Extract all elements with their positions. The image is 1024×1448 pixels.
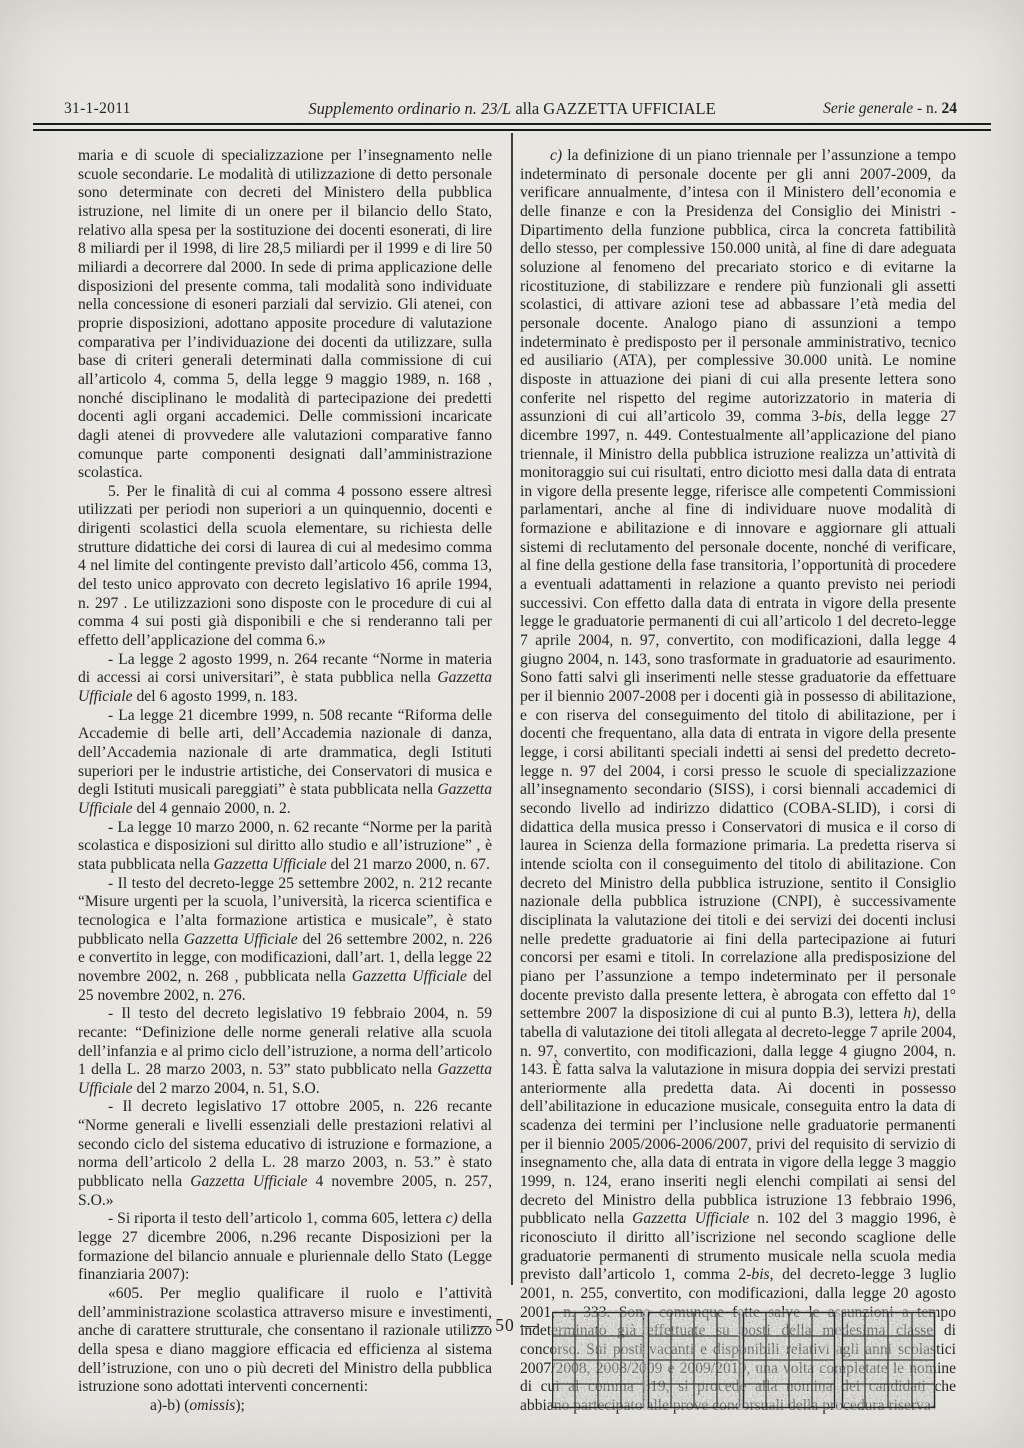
- text-segment: del 4 gennaio 2000, n. 2.: [133, 800, 291, 817]
- paragraph: - La legge 21 dicembre 1999, n. 508 reca…: [78, 707, 492, 819]
- text-segment: 5. Per le finalità di cui al comma 4 pos…: [78, 483, 492, 649]
- paragraph: - La legge 10 marzo 2000, n. 62 recante …: [78, 819, 492, 875]
- scan-noise-block: [743, 1312, 835, 1408]
- text-segment: , della tabella di valutazione dei titol…: [520, 1005, 956, 1227]
- text-segment: del 6 agosto 1999, n. 183.: [133, 688, 298, 705]
- text-segment: Serie generale: [823, 100, 913, 117]
- column-divider-rule: [511, 133, 513, 1285]
- text-segment: Gazzetta Ufficiale: [190, 1173, 307, 1190]
- text-segment: h): [903, 1005, 916, 1022]
- text-segment: c): [446, 1210, 458, 1227]
- text-segment: - n.: [913, 100, 941, 117]
- paragraph: «605. Per meglio qualificare il ruolo e …: [78, 1285, 492, 1397]
- gazette-scanned-page: 31-1-2011 Supplemento ordinario n. 23/L …: [0, 0, 1024, 1448]
- text-segment: del 21 marzo 2000, n. 67.: [327, 856, 490, 873]
- paragraph: - Si riporta il testo dell’articolo 1, c…: [78, 1210, 492, 1285]
- text-segment: Gazzetta Ufficiale: [352, 968, 467, 985]
- text-segment: del 2 marzo 2004, n. 51, S.O.: [133, 1080, 320, 1097]
- text-segment: Gazzetta Ufficiale: [184, 931, 298, 948]
- text-segment: bis: [824, 408, 842, 425]
- text-segment: «605. Per meglio qualificare il ruolo e …: [78, 1285, 492, 1395]
- text-segment: - La legge 2 agosto 1999, n. 264 recante…: [78, 651, 492, 687]
- paragraph: maria e di scuole di specializzazione pe…: [78, 147, 492, 483]
- paragraph: - Il decreto legislativo 17 ottobre 2005…: [78, 1098, 492, 1210]
- paragraph: a)-b) (omissis);: [78, 1397, 492, 1416]
- text-segment: bis: [751, 1266, 769, 1283]
- right-column: c) la definizione di un piano triennale …: [520, 147, 956, 1416]
- text-segment: maria e di scuole di specializzazione pe…: [78, 147, 492, 481]
- text-segment: Gazzetta Ufficiale: [632, 1210, 749, 1227]
- text-segment: a)-b) (: [150, 1397, 189, 1414]
- scan-noise-image: [552, 1310, 936, 1410]
- text-segment: omissis: [189, 1397, 235, 1414]
- text-segment: alla GAZZETTA UFFICIALE: [511, 99, 715, 118]
- header-double-rule: [33, 123, 991, 131]
- left-column: maria e di scuole di specializzazione pe…: [78, 147, 492, 1416]
- paragraph: 5. Per le finalità di cui al comma 4 pos…: [78, 483, 492, 651]
- scan-artifact-blocks: [552, 1310, 936, 1410]
- text-segment: c): [550, 147, 562, 164]
- paragraph: - Il testo del decreto legislativo 19 fe…: [78, 1005, 492, 1098]
- paragraph: - La legge 2 agosto 1999, n. 264 recante…: [78, 651, 492, 707]
- text-segment: - Si riporta il testo dell’articolo 1, c…: [108, 1210, 446, 1227]
- text-segment: Supplemento ordinario n. 23/L: [308, 99, 511, 118]
- text-segment: Gazzetta Ufficiale: [214, 856, 327, 873]
- paragraph: - Il testo del decreto-legge 25 settembr…: [78, 875, 492, 1006]
- text-segment: la definizione di un piano triennale per…: [520, 147, 956, 425]
- scan-noise-block: [648, 1312, 740, 1408]
- text-segment: - Il testo del decreto legislativo 19 fe…: [78, 1005, 492, 1078]
- text-segment: - La legge 21 dicembre 1999, n. 508 reca…: [78, 707, 492, 799]
- scan-noise-block: [842, 1312, 935, 1408]
- header-issue-number: Serie generale - n. 24: [823, 100, 957, 118]
- scan-noise-block: [552, 1312, 644, 1408]
- text-segment: 24: [942, 100, 958, 117]
- page-number: — 50 —: [450, 1315, 560, 1336]
- text-segment: , della legge 27 dicembre 1997, n. 449. …: [520, 408, 956, 1022]
- text-segment: );: [235, 1397, 245, 1414]
- paragraph: c) la definizione di un piano triennale …: [520, 147, 956, 1416]
